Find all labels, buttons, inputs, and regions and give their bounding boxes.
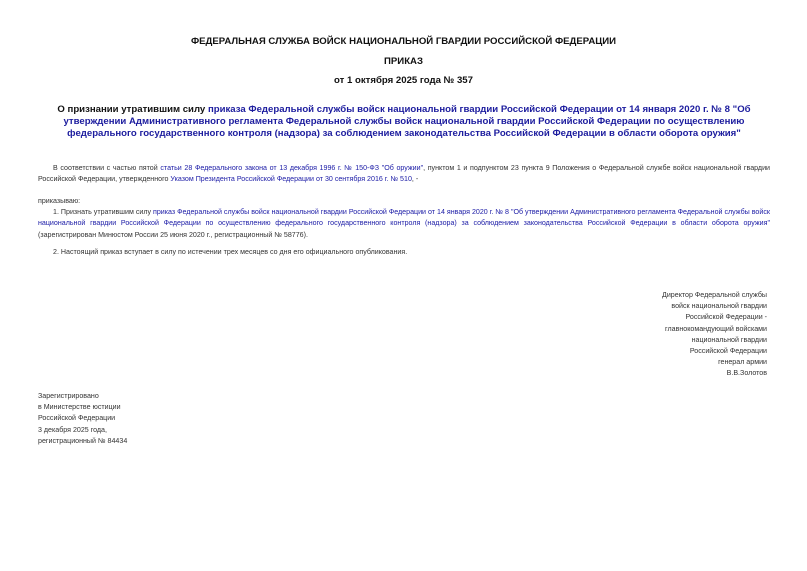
registration-block: Зарегистрировано в Министерстве юстиции … <box>38 391 127 447</box>
preamble-paragraph: В соответствии с частью пятой статьи 28 … <box>38 163 770 186</box>
document-type: ПРИКАЗ <box>0 56 807 67</box>
registration-date: 3 декабря 2025 года, <box>38 425 127 436</box>
signature-line: главнокомандующий войсками <box>587 324 767 335</box>
registration-number: регистрационный № 84434 <box>38 436 127 447</box>
signature-line: Российской Федерации <box>587 346 767 357</box>
preamble-text: , - <box>412 175 418 183</box>
item-2-paragraph: 2. Настоящий приказ вступает в силу по и… <box>38 247 770 258</box>
link-decree-510[interactable]: Указом Президента Российской Федерации о… <box>170 175 411 183</box>
order-word: приказываю: <box>38 196 770 207</box>
agency-heading: ФЕДЕРАЛЬНАЯ СЛУЖБА ВОЙСК НАЦИОНАЛЬНОЙ ГВ… <box>0 36 807 47</box>
preamble-text: В соответствии с частью пятой <box>53 164 160 172</box>
registration-line: Зарегистрировано <box>38 391 127 402</box>
signatory-name: В.В.Золотов <box>587 368 767 379</box>
signature-line: войск национальной гвардии <box>587 301 767 312</box>
link-law-150fz[interactable]: статьи 28 Федерального закона от 13 дека… <box>160 164 423 172</box>
title-prefix: О признании утратившим силу <box>57 104 208 115</box>
signature-line: Директор Федеральной службы <box>587 290 767 301</box>
signature-line: генерал армии <box>587 357 767 368</box>
registration-line: в Министерстве юстиции <box>38 402 127 413</box>
registration-line: Российской Федерации <box>38 413 127 424</box>
signature-block: Директор Федеральной службы войск национ… <box>587 290 767 380</box>
item-1-paragraph: 1. Признать утратившим силу приказ Федер… <box>38 207 770 241</box>
item-1-text: (зарегистрирован Минюстом России 25 июня… <box>38 231 308 239</box>
document-title: О признании утратившим силу приказа Феде… <box>38 104 770 140</box>
signature-line: Российской Федерации - <box>587 312 767 323</box>
item-1-text: 1. Признать утратившим силу <box>53 208 153 216</box>
signature-line: национальной гвардии <box>587 335 767 346</box>
document-date-number: от 1 октября 2025 года № 357 <box>0 75 807 86</box>
